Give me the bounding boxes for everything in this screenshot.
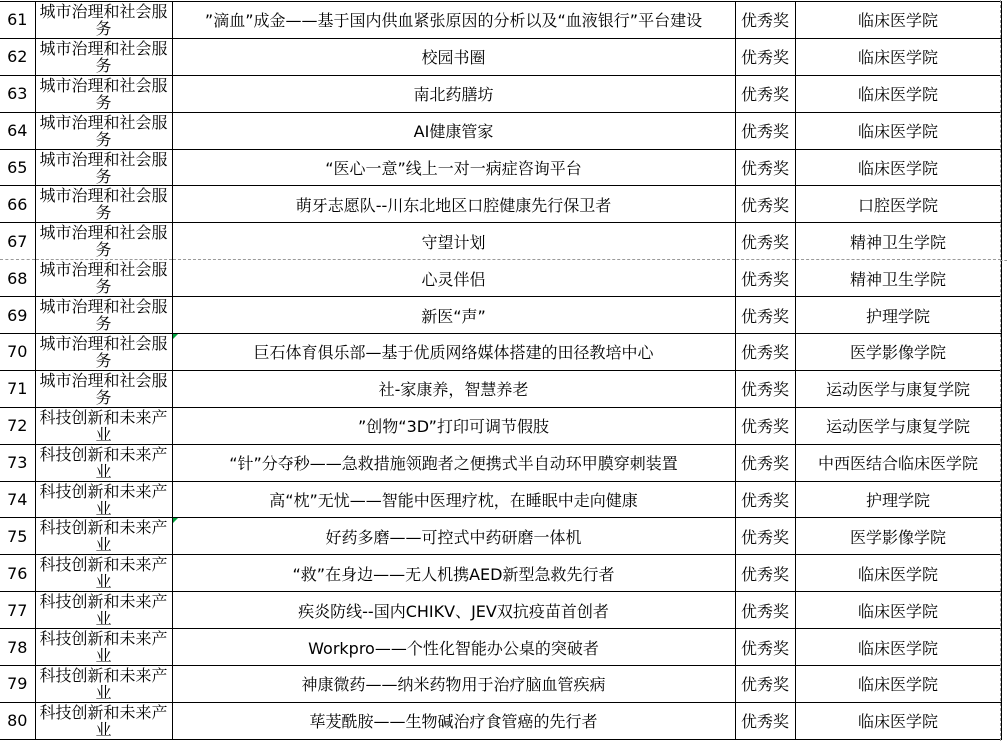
award-cell[interactable]: 优秀奖 xyxy=(735,481,795,518)
college-cell[interactable]: 精神卫生学院 xyxy=(795,223,1001,260)
college-cell[interactable]: 临床医学院 xyxy=(795,555,1001,592)
table-row: 69 城市治理和社会服务 新医“声” 优秀奖 护理学院 xyxy=(0,297,1001,334)
row-number-cell[interactable]: 72 xyxy=(0,407,35,444)
award-cell[interactable]: 优秀奖 xyxy=(735,555,795,592)
award-cell[interactable]: 优秀奖 xyxy=(735,2,795,39)
category-cell[interactable]: 科技创新和未来产业 xyxy=(35,407,172,444)
category-cell[interactable]: 城市治理和社会服务 xyxy=(35,334,172,371)
project-title-cell[interactable]: 好药多磨——可控式中药研磨一体机 xyxy=(172,518,735,555)
table-row: 71 城市治理和社会服务 社-家康养，智慧养老 优秀奖 运动医学与康复学院 xyxy=(0,370,1001,407)
project-title-cell[interactable]: “针”分夺秒——急救措施领跑者之便携式半自动环甲膜穿刺装置 xyxy=(172,444,735,481)
row-number-cell[interactable]: 62 xyxy=(0,38,35,75)
project-title-text: “医心一意”线上一对一病症咨询平台 xyxy=(325,159,582,178)
project-title-text: 巨石体育俱乐部—基于优质网络媒体搭建的田径教培中心 xyxy=(253,343,653,362)
project-title-cell[interactable]: Workpro——个性化智能办公桌的突破者 xyxy=(172,629,735,666)
project-title-text: Workpro——个性化智能办公桌的突破者 xyxy=(308,639,599,658)
category-cell[interactable]: 科技创新和未来产业 xyxy=(35,518,172,555)
project-title-cell[interactable]: 社-家康养，智慧养老 xyxy=(172,370,735,407)
project-title-text: 南北药膳坊 xyxy=(413,85,493,104)
project-title-cell[interactable]: 神康微药——纳米药物用于治疗脑血管疾病 xyxy=(172,666,735,703)
award-cell[interactable]: 优秀奖 xyxy=(735,186,795,223)
award-cell[interactable]: 优秀奖 xyxy=(735,370,795,407)
row-number-cell[interactable]: 79 xyxy=(0,666,35,703)
row-number-cell[interactable]: 63 xyxy=(0,75,35,112)
project-title-text: “针”分夺秒——急救措施领跑者之便携式半自动环甲膜穿刺装置 xyxy=(229,454,678,473)
project-title-cell[interactable]: 心灵伴侣 xyxy=(172,260,735,297)
spreadsheet-view: 61 城市治理和社会服务 ”滴血”成金——基于国内供血紧张原因的分析以及“血液银… xyxy=(0,0,1007,741)
project-title-cell[interactable]: 高“枕”无忧——智能中医理疗枕，在睡眠中走向健康 xyxy=(172,481,735,518)
college-cell[interactable]: 临床医学院 xyxy=(795,666,1001,703)
table-row: 63 城市治理和社会服务 南北药膳坊 优秀奖 临床医学院 xyxy=(0,75,1001,112)
table-row: 70 城市治理和社会服务 巨石体育俱乐部—基于优质网络媒体搭建的田径教培中心 优… xyxy=(0,334,1001,371)
project-title-cell[interactable]: ”滴血”成金——基于国内供血紧张原因的分析以及“血液银行”平台建设 xyxy=(172,2,735,39)
row-number-cell[interactable]: 64 xyxy=(0,112,35,149)
category-cell[interactable]: 城市治理和社会服务 xyxy=(35,38,172,75)
project-title-text: 疾炎防线--国内CHIKV、JEV双抗疫苗首创者 xyxy=(298,602,609,621)
college-cell[interactable]: 临床医学院 xyxy=(795,592,1001,629)
award-cell[interactable]: 优秀奖 xyxy=(735,702,795,739)
project-title-cell[interactable]: 南北药膳坊 xyxy=(172,75,735,112)
page-break-line-horizontal xyxy=(1000,260,1007,261)
college-cell[interactable]: 护理学院 xyxy=(795,297,1001,334)
category-cell[interactable]: 科技创新和未来产业 xyxy=(35,702,172,739)
table-row: 77 科技创新和未来产业 疾炎防线--国内CHIKV、JEV双抗疫苗首创者 优秀… xyxy=(0,592,1001,629)
row-number-cell[interactable]: 74 xyxy=(0,481,35,518)
project-title-cell[interactable]: ”创物“3D”打印可调节假肢 xyxy=(172,407,735,444)
category-cell[interactable]: 城市治理和社会服务 xyxy=(35,149,172,186)
project-title-cell[interactable]: 新医“声” xyxy=(172,297,735,334)
table-row: 72 科技创新和未来产业 ”创物“3D”打印可调节假肢 优秀奖 运动医学与康复学… xyxy=(0,407,1001,444)
row-number-cell[interactable]: 76 xyxy=(0,555,35,592)
table-row: 73 科技创新和未来产业 “针”分夺秒——急救措施领跑者之便携式半自动环甲膜穿刺… xyxy=(0,444,1001,481)
category-cell[interactable]: 科技创新和未来产业 xyxy=(35,592,172,629)
row-number-cell[interactable]: 67 xyxy=(0,223,35,260)
college-cell[interactable]: 护理学院 xyxy=(795,481,1001,518)
project-title-text: AI健康管家 xyxy=(414,122,494,141)
table-row: 62 城市治理和社会服务 校园书圈 优秀奖 临床医学院 xyxy=(0,38,1001,75)
project-title-cell[interactable]: 巨石体育俱乐部—基于优质网络媒体搭建的田径教培中心 xyxy=(172,334,735,371)
row-number-cell[interactable]: 65 xyxy=(0,149,35,186)
table-row: 64 城市治理和社会服务 AI健康管家 优秀奖 临床医学院 xyxy=(0,112,1001,149)
project-title-text: 校园书圈 xyxy=(421,48,485,67)
college-cell[interactable]: 临床医学院 xyxy=(795,2,1001,39)
row-number-cell[interactable]: 73 xyxy=(0,444,35,481)
table-row: 66 城市治理和社会服务 萌牙志愿队--川东北地区口腔健康先行保卫者 优秀奖 口… xyxy=(0,186,1001,223)
project-title-cell[interactable]: “医心一意”线上一对一病症咨询平台 xyxy=(172,149,735,186)
row-number-cell[interactable]: 66 xyxy=(0,186,35,223)
table-row: 78 科技创新和未来产业 Workpro——个性化智能办公桌的突破者 优秀奖 临… xyxy=(0,629,1001,666)
award-cell[interactable]: 优秀奖 xyxy=(735,38,795,75)
project-title-text: 社-家康养，智慧养老 xyxy=(379,380,529,399)
awards-table-body: 61 城市治理和社会服务 ”滴血”成金——基于国内供血紧张原因的分析以及“血液银… xyxy=(0,2,1001,740)
award-cell[interactable]: 优秀奖 xyxy=(735,260,795,297)
row-number-cell[interactable]: 78 xyxy=(0,629,35,666)
row-number-cell[interactable]: 61 xyxy=(0,2,35,39)
award-cell[interactable]: 优秀奖 xyxy=(735,518,795,555)
category-cell[interactable]: 城市治理和社会服务 xyxy=(35,75,172,112)
project-title-text: 神康微药——纳米药物用于治疗脑血管疾病 xyxy=(301,675,605,694)
project-title-text: 萌牙志愿队--川东北地区口腔健康先行保卫者 xyxy=(296,196,612,215)
award-cell[interactable]: 优秀奖 xyxy=(735,149,795,186)
category-cell[interactable]: 城市治理和社会服务 xyxy=(35,186,172,223)
category-cell[interactable]: 城市治理和社会服务 xyxy=(35,260,172,297)
table-row: 80 科技创新和未来产业 荜茇酰胺——生物碱治疗食管癌的先行者 优秀奖 临床医学… xyxy=(0,702,1001,739)
project-title-text: 高“枕”无忧——智能中医理疗枕，在睡眠中走向健康 xyxy=(269,491,638,510)
category-cell[interactable]: 科技创新和未来产业 xyxy=(35,481,172,518)
project-title-text: 荜茇酰胺——生物碱治疗食管癌的先行者 xyxy=(309,712,597,731)
table-row: 79 科技创新和未来产业 神康微药——纳米药物用于治疗脑血管疾病 优秀奖 临床医… xyxy=(0,666,1001,703)
row-number-cell[interactable]: 70 xyxy=(0,334,35,371)
college-cell[interactable]: 精神卫生学院 xyxy=(795,260,1001,297)
college-cell[interactable]: 临床医学院 xyxy=(795,149,1001,186)
category-cell[interactable]: 科技创新和未来产业 xyxy=(35,444,172,481)
college-cell[interactable]: 运动医学与康复学院 xyxy=(795,370,1001,407)
award-cell[interactable]: 优秀奖 xyxy=(735,592,795,629)
error-indicator-icon xyxy=(173,518,178,523)
awards-table: 61 城市治理和社会服务 ”滴血”成金——基于国内供血紧张原因的分析以及“血液银… xyxy=(0,1,1002,740)
category-cell[interactable]: 科技创新和未来产业 xyxy=(35,629,172,666)
college-cell[interactable]: 临床医学院 xyxy=(795,38,1001,75)
row-number-cell[interactable]: 68 xyxy=(0,260,35,297)
row-number-cell[interactable]: 69 xyxy=(0,297,35,334)
college-cell[interactable]: 医学影像学院 xyxy=(795,518,1001,555)
row-number-cell[interactable]: 75 xyxy=(0,518,35,555)
college-cell[interactable]: 临床医学院 xyxy=(795,75,1001,112)
award-cell[interactable]: 优秀奖 xyxy=(735,334,795,371)
project-title-cell[interactable]: 守望计划 xyxy=(172,223,735,260)
award-cell[interactable]: 优秀奖 xyxy=(735,444,795,481)
award-cell[interactable]: 优秀奖 xyxy=(735,112,795,149)
table-row: 61 城市治理和社会服务 ”滴血”成金——基于国内供血紧张原因的分析以及“血液银… xyxy=(0,2,1001,39)
category-cell[interactable]: 城市治理和社会服务 xyxy=(35,370,172,407)
project-title-text: 心灵伴侣 xyxy=(421,270,485,289)
award-cell[interactable]: 优秀奖 xyxy=(735,75,795,112)
row-number-cell[interactable]: 77 xyxy=(0,592,35,629)
project-title-text: 守望计划 xyxy=(421,233,485,252)
table-row: 67 城市治理和社会服务 守望计划 优秀奖 精神卫生学院 xyxy=(0,223,1001,260)
page-break-line-vertical xyxy=(1000,0,1001,741)
category-cell[interactable]: 城市治理和社会服务 xyxy=(35,297,172,334)
table-row: 76 科技创新和未来产业 “救”在身边——无人机携AED新型急救先行者 优秀奖 … xyxy=(0,555,1001,592)
award-cell[interactable]: 优秀奖 xyxy=(735,407,795,444)
row-number-cell[interactable]: 80 xyxy=(0,702,35,739)
award-cell[interactable]: 优秀奖 xyxy=(735,297,795,334)
project-title-text: ”创物“3D”打印可调节假肢 xyxy=(358,417,549,436)
college-cell[interactable]: 运动医学与康复学院 xyxy=(795,407,1001,444)
project-title-cell[interactable]: 萌牙志愿队--川东北地区口腔健康先行保卫者 xyxy=(172,186,735,223)
project-title-cell[interactable]: “救”在身边——无人机携AED新型急救先行者 xyxy=(172,555,735,592)
college-cell[interactable]: 临床医学院 xyxy=(795,629,1001,666)
category-cell[interactable]: 城市治理和社会服务 xyxy=(35,2,172,39)
category-cell[interactable]: 城市治理和社会服务 xyxy=(35,223,172,260)
project-title-text: ”滴血”成金——基于国内供血紧张原因的分析以及“血液银行”平台建设 xyxy=(205,11,702,30)
table-row: 68 城市治理和社会服务 心灵伴侣 优秀奖 精神卫生学院 xyxy=(0,260,1001,297)
award-cell[interactable]: 优秀奖 xyxy=(735,666,795,703)
error-indicator-icon xyxy=(173,334,178,339)
project-title-cell[interactable]: AI健康管家 xyxy=(172,112,735,149)
college-cell[interactable]: 口腔医学院 xyxy=(795,186,1001,223)
college-cell[interactable]: 临床医学院 xyxy=(795,702,1001,739)
project-title-cell[interactable]: 校园书圈 xyxy=(172,38,735,75)
category-cell[interactable]: 科技创新和未来产业 xyxy=(35,555,172,592)
project-title-text: 好药多磨——可控式中药研磨一体机 xyxy=(325,528,581,547)
row-number-cell[interactable]: 71 xyxy=(0,370,35,407)
award-cell[interactable]: 优秀奖 xyxy=(735,629,795,666)
project-title-text: “救”在身边——无人机携AED新型急救先行者 xyxy=(293,565,615,584)
project-title-cell[interactable]: 疾炎防线--国内CHIKV、JEV双抗疫苗首创者 xyxy=(172,592,735,629)
category-cell[interactable]: 科技创新和未来产业 xyxy=(35,666,172,703)
table-row: 65 城市治理和社会服务 “医心一意”线上一对一病症咨询平台 优秀奖 临床医学院 xyxy=(0,149,1001,186)
category-cell[interactable]: 城市治理和社会服务 xyxy=(35,112,172,149)
college-cell[interactable]: 临床医学院 xyxy=(795,112,1001,149)
table-row: 74 科技创新和未来产业 高“枕”无忧——智能中医理疗枕，在睡眠中走向健康 优秀… xyxy=(0,481,1001,518)
project-title-text: 新医“声” xyxy=(421,307,486,326)
table-row: 75 科技创新和未来产业 好药多磨——可控式中药研磨一体机 优秀奖 医学影像学院 xyxy=(0,518,1001,555)
award-cell[interactable]: 优秀奖 xyxy=(735,223,795,260)
college-cell[interactable]: 中西医结合临床医学院 xyxy=(795,444,1001,481)
college-cell[interactable]: 医学影像学院 xyxy=(795,334,1001,371)
project-title-cell[interactable]: 荜茇酰胺——生物碱治疗食管癌的先行者 xyxy=(172,702,735,739)
